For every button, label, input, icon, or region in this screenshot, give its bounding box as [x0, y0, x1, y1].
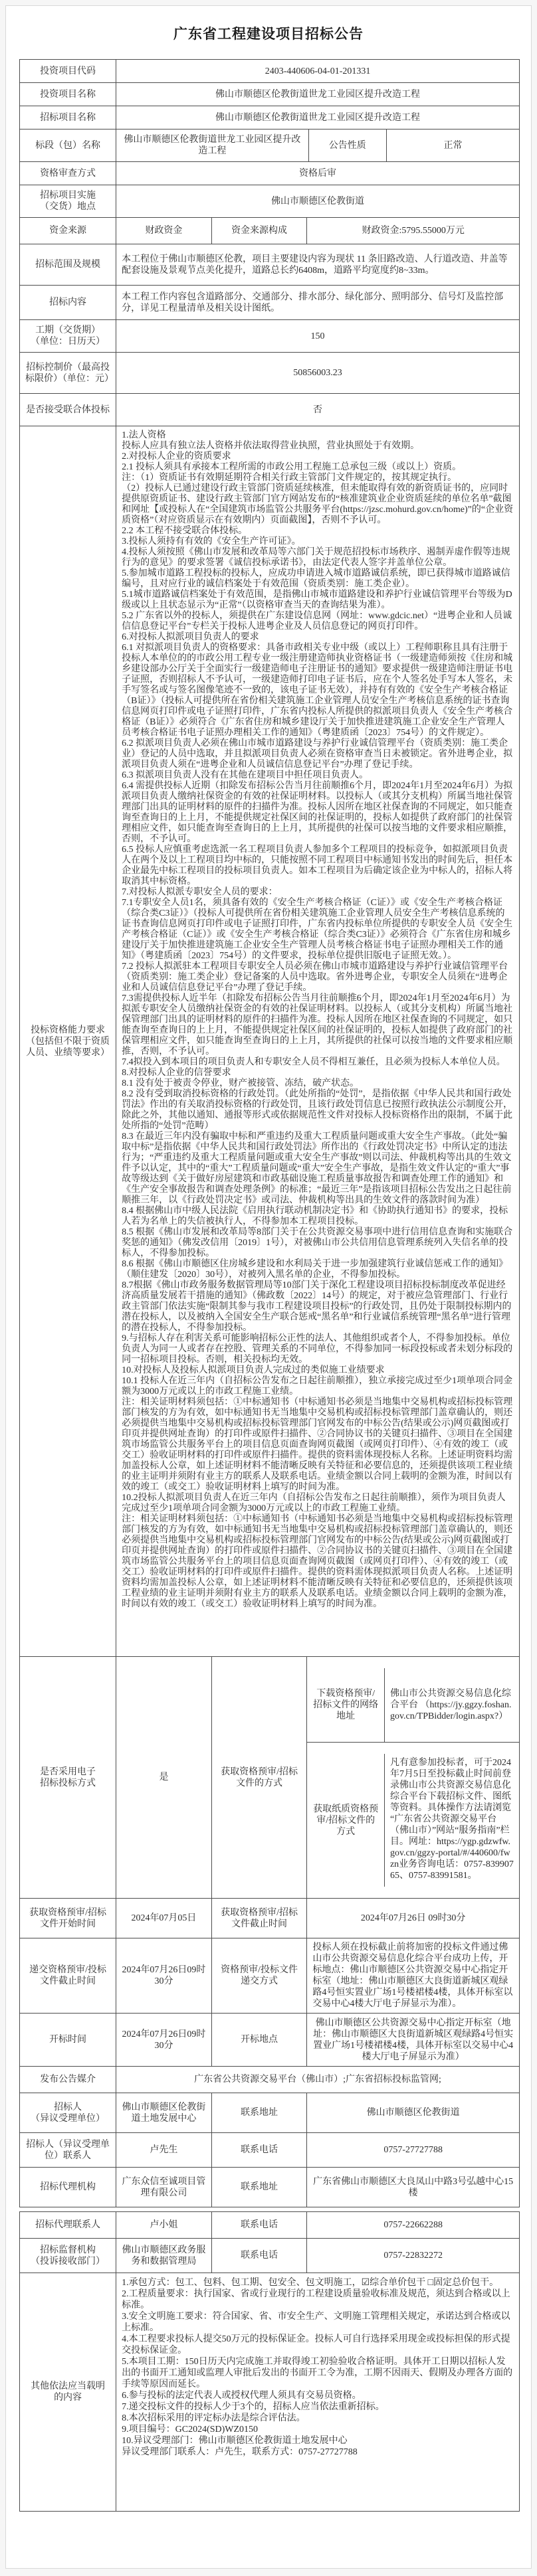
bid-opening-time-value: 2024年07月26日09时30分: [116, 2014, 212, 2067]
submit-deadline-value: 2024年07月26日09时30分: [116, 1938, 212, 2014]
agency-contact-label: 招标代理联系人: [20, 2212, 116, 2239]
paper-documents-value: 凡有意参加投标者，可于2024年7月5日至投标截止时间前登录佛山市公共资源交易信…: [385, 1754, 519, 1887]
table-row-content: 招标内容 本工程工作内容包含道路部分、交通部分、排水部分、绿化部分、照明部分、信…: [20, 286, 520, 320]
duration-value: 150: [116, 320, 520, 353]
tender-name-label: 招标项目名称: [20, 106, 116, 129]
subrow-paper-documents: 获取纸质资格预审/招标文件的方式 凡有意参加投标者，可于2024年7月5日至投标…: [307, 1754, 519, 1887]
qualification-requirements-value: 1.法人资格 投标人应具有独立法人资格并依法取得营业执照，营业执照处于有效期。 …: [116, 426, 520, 1657]
table-row-funds: 资金来源 财政资金 资金来源构成 财政资金:5795.55000万元: [20, 218, 520, 244]
project-code-label: 投资项目代码: [20, 60, 116, 83]
table-row-duration: 工期（交货期） （单位：日历天） 150: [20, 320, 520, 353]
supervisor-phone-label: 联系电话: [212, 2239, 308, 2273]
table-row-submit-deadline: 递交资格预审/投标文件截止时间 2024年07月26日09时30分 资格预审/投…: [20, 1938, 520, 2014]
supervisor-value: 佛山市顺德区政务服务和数据管理局: [116, 2239, 212, 2273]
table-row-project-code: 投资项目代码 2403-440606-04-01-201331: [20, 60, 520, 83]
bid-opening-place-value: 佛山市顺德区公共资源交易中心指定开标室（地址：佛山市顺德区大良街道新城区观绿路4…: [307, 2014, 520, 2067]
qualification-requirements-label: 投标资格能力要求（包括但不限于资质人员、业绩等要求）: [20, 426, 116, 1657]
download-address-value: 佛山市公共资源交易信息化综合平台 （https://jy.ggzy.foshan…: [385, 1668, 519, 1743]
table-row-qualification-method: 资格审查方式 资格后审: [20, 162, 520, 185]
obtain-start-label: 获取资格预审/招标文件开始时间: [20, 1899, 116, 1938]
table-row-consortium: 是否接受联合体投标 否: [20, 394, 520, 426]
table-row-e-bidding: 是否采用电子 招标投标方式 是 获取资格预审/招标文件的方式 下载资格预审/招标…: [20, 1657, 520, 1899]
consortium-value: 否: [116, 394, 520, 426]
table-row-ceiling-price: 招标控制价（最高投标限价）（单位：元） 50856003.23: [20, 353, 520, 394]
e-bidding-label: 是否采用电子 招标投标方式: [20, 1657, 116, 1899]
location-value: 佛山市顺德区伦教街道: [116, 185, 520, 218]
qualification-method-label: 资格审查方式: [20, 162, 116, 185]
table-row-obtain-time: 获取资格预审/招标文件开始时间 2024年07月05日 获取资格预审/招标文件截…: [20, 1899, 520, 1938]
tender-announcement-table-bottom: 招标代理联系人 卢小姐 联系电话 0757-22662288 招标监督机构 （投…: [19, 2211, 520, 2512]
paper-documents-label: 获取纸质资格预审/招标文件的方式: [307, 1754, 385, 1887]
tender-name-value: 佛山市顺德区伦教街道世龙工业园区提升改造工程: [116, 106, 520, 129]
agency-address-value: 广东省佛山市顺德区大良凤山中路3号弘越中心15楼: [307, 2168, 520, 2207]
ceiling-price-label: 招标控制价（最高投标限价）（单位：元）: [20, 353, 116, 394]
tenderer-contact-value: 卢先生: [116, 2133, 212, 2168]
table-row-supervisor: 招标监督机构 （投诉接收部门） 佛山市顺德区政务服务和数据管理局 联系电话 07…: [20, 2239, 520, 2273]
bid-opening-time-label: 开标时间: [20, 2014, 116, 2067]
tenderer-phone-value: 0757-27727788: [307, 2133, 520, 2168]
content-value: 本工程工作内容包含道路部分、交通部分、排水部分、绿化部分、照明部分、信号灯及监控…: [116, 286, 520, 320]
obtain-documents-method-label: 获取资格预审/招标文件的方式: [212, 1657, 308, 1899]
tenderer-label: 招标人 （异议受理单位）: [20, 2093, 116, 2133]
submit-method-value: 投标人须在投标截止前将加密的投标文件通过佛山市公共资源交易信息化综合平台成功上传…: [307, 1938, 520, 2014]
e-bidding-value: 是: [116, 1657, 212, 1899]
page-title: 广东省工程建设项目招标公告: [19, 23, 518, 43]
agency-contact-value: 卢小姐: [116, 2212, 212, 2239]
table-row-section: 标段（包）名称 佛山市顺德区伦教街道世龙工业园区提升改造工程 公告性质 正常: [20, 129, 520, 162]
scope-label: 招标范围及规模: [20, 244, 116, 286]
funds-composition-label: 资金来源构成: [212, 218, 308, 244]
agency-phone-value: 0757-22662288: [307, 2212, 520, 2239]
bid-opening-place-label: 开标地点: [212, 2014, 308, 2067]
table-row-media: 发布公告媒介 广东省公共资源交易平台（佛山市）;广东省招标投标监管网;: [20, 2067, 520, 2093]
supervisor-phone-value: 0757-22832272: [307, 2239, 520, 2273]
qualification-method-value: 资格后审: [116, 162, 520, 185]
tenderer-phone-label: 联系电话: [212, 2133, 308, 2168]
submit-method-label: 资格预审/投标文件递交方式: [212, 1938, 308, 2014]
tenderer-contact-label: 招标人（异议受理单位）联系人: [20, 2133, 116, 2168]
supervisor-label: 招标监督机构 （投诉接收部门）: [20, 2239, 116, 2273]
tender-announcement-table: 投资项目代码 2403-440606-04-01-201331 投资项目名称 佛…: [19, 59, 520, 2207]
notice-nature-value: 正常: [387, 129, 520, 162]
invest-name-label: 投资项目名称: [20, 83, 116, 106]
agency-phone-label: 联系电话: [212, 2212, 308, 2239]
scope-value: 本工程位于佛山市顺德区伦教，项目主要建设内容为现状 11 条旧路改造、人行道改造…: [116, 244, 520, 286]
table-row-location: 招标项目实施 （交货）地点 佛山市顺德区伦教街道: [20, 185, 520, 218]
funds-composition-value: 财政资金:5795.55000万元: [307, 218, 520, 244]
funds-value: 财政资金: [116, 218, 212, 244]
table-row-tender-name: 招标项目名称 佛山市顺德区伦教街道世龙工业园区提升改造工程: [20, 106, 520, 129]
media-label: 发布公告媒介: [20, 2067, 116, 2093]
location-label: 招标项目实施 （交货）地点: [20, 185, 116, 218]
table-row-tenderer: 招标人 （异议受理单位） 佛山市顺德区伦教街道土地发展中心 联系地址 佛山市顺德…: [20, 2093, 520, 2133]
table-row-agency-contact: 招标代理联系人 卢小姐 联系电话 0757-22662288: [20, 2212, 520, 2239]
obtain-documents-method-detail: 下载资格预审/招标文件的网络地址 佛山市公共资源交易信息化综合平台 （https…: [307, 1657, 520, 1899]
obtain-start-value: 2024年07月05日: [116, 1899, 212, 1938]
media-value: 广东省公共资源交易平台（佛山市）;广东省招标投标监管网;: [116, 2067, 520, 2093]
funds-label: 资金来源: [20, 218, 116, 244]
obtain-deadline-value: 2024年07月26日 09时30分: [307, 1899, 520, 1938]
subrow-download-address: 下载资格预审/招标文件的网络地址 佛山市公共资源交易信息化综合平台 （https…: [307, 1668, 519, 1743]
project-code-value: 2403-440606-04-01-201331: [116, 60, 520, 83]
table-row-tenderer-contact: 招标人（异议受理单位）联系人 卢先生 联系电话 0757-27727788: [20, 2133, 520, 2168]
invest-name-value: 佛山市顺德区伦教街道世龙工业园区提升改造工程: [116, 83, 520, 106]
agency-label: 招标代理机构: [20, 2168, 116, 2207]
submit-deadline-label: 递交资格预审/投标文件截止时间: [20, 1938, 116, 2014]
tenderer-value: 佛山市顺德区伦教街道土地发展中心: [116, 2093, 212, 2133]
consortium-label: 是否接受联合体投标: [20, 394, 116, 426]
other-content-label: 其他依法应当载明 的内容: [20, 2273, 116, 2512]
download-address-label: 下载资格预审/招标文件的网络地址: [307, 1668, 385, 1743]
agency-address-label: 联系地址: [212, 2168, 308, 2207]
ceiling-price-value: 50856003.23: [116, 353, 520, 394]
duration-label: 工期（交货期） （单位：日历天）: [20, 320, 116, 353]
obtain-deadline-label: 获取资格预审/招标文件截止时间: [212, 1899, 308, 1938]
section-label: 标段（包）名称: [20, 129, 116, 162]
table-row-bid-opening: 开标时间 2024年07月26日09时30分 开标地点 佛山市顺德区公共资源交易…: [20, 2014, 520, 2067]
agency-value: 广东众信至诚项目管理有限公司: [116, 2168, 212, 2207]
table-row-qualification-requirements: 投标资格能力要求（包括但不限于资质人员、业绩等要求） 1.法人资格 投标人应具有…: [20, 426, 520, 1657]
announcement-panel: 广东省工程建设项目招标公告 投资项目代码 2403-440606-04-01-2…: [5, 5, 532, 2569]
table-row-other-content: 其他依法应当载明 的内容 1.承包方式：包工、包料、包工期、包安全、包文明施工，…: [20, 2273, 520, 2512]
table-row-scope: 招标范围及规模 本工程位于佛山市顺德区伦教，项目主要建设内容为现状 11 条旧路…: [20, 244, 520, 286]
content-label: 招标内容: [20, 286, 116, 320]
table-row-invest-name: 投资项目名称 佛山市顺德区伦教街道世龙工业园区提升改造工程: [20, 83, 520, 106]
table-row-agency: 招标代理机构 广东众信至诚项目管理有限公司 联系地址 广东省佛山市顺德区大良凤山…: [20, 2168, 520, 2207]
section-value: 佛山市顺德区伦教街道世龙工业园区提升改造工程: [116, 129, 309, 162]
tenderer-address-value: 佛山市顺德区伦教街道: [307, 2093, 520, 2133]
other-content-value: 1.承包方式：包工、包料、包工期、包安全、包文明施工，☑综合单价包干 □固定总价…: [116, 2273, 520, 2512]
tenderer-address-label: 联系地址: [212, 2093, 308, 2133]
notice-nature-label: 公告性质: [309, 129, 387, 162]
